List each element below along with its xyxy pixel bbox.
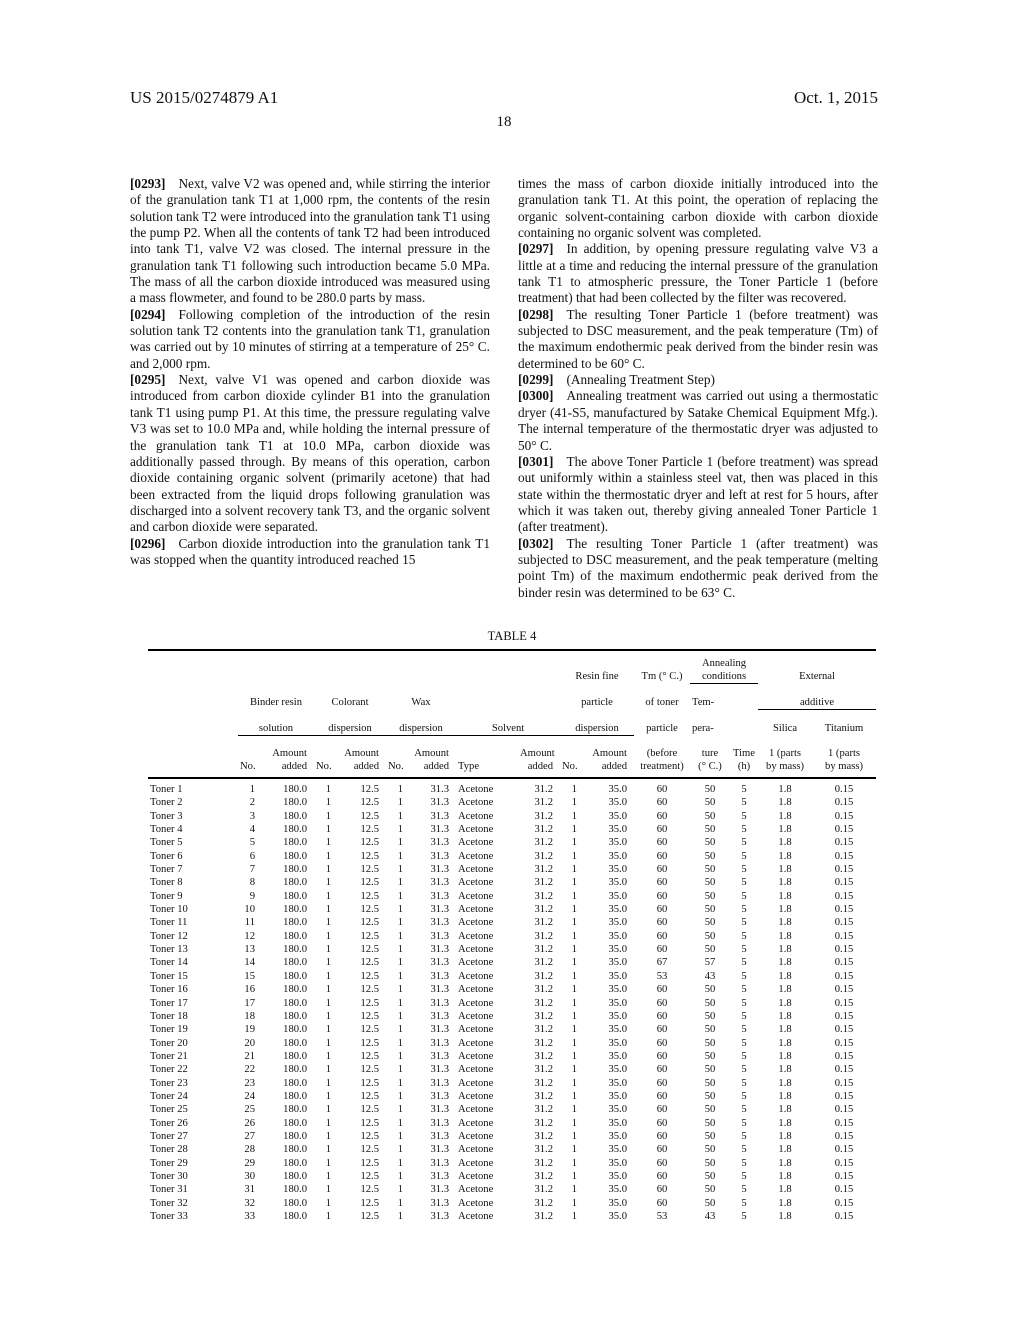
table-cell: 1 — [386, 1010, 410, 1023]
table-cell: 5 — [730, 1037, 758, 1050]
table-cell: 12.5 — [338, 970, 386, 983]
table-cell: 0.15 — [812, 876, 876, 889]
table-cell: 1 — [314, 876, 338, 889]
table-cell: 43 — [690, 970, 730, 983]
table-cell: 0.15 — [812, 983, 876, 996]
table-cell: 60 — [634, 1130, 690, 1143]
table-cell: 31.2 — [518, 1130, 560, 1143]
table-cell: 5 — [730, 1170, 758, 1183]
paragraph-number: [0301] — [518, 454, 553, 469]
table-cell: Acetone — [456, 997, 518, 1010]
table-cell: Toner 21 — [148, 1050, 238, 1063]
table-cell: 60 — [634, 1010, 690, 1023]
column-header: No. — [560, 736, 584, 779]
table-cell: 1 — [560, 1063, 584, 1076]
table-row: Toner 1414180.0112.5131.3Acetone31.2135.… — [148, 956, 876, 969]
table-cell: 31.2 — [518, 1023, 560, 1036]
table-cell: 60 — [634, 778, 690, 796]
table-cell: 1.8 — [758, 1117, 812, 1130]
table-row: Toner 44180.0112.5131.3Acetone31.2135.06… — [148, 823, 876, 836]
table-cell: 1 — [386, 778, 410, 796]
table-row: Toner 22180.0112.5131.3Acetone31.2135.06… — [148, 796, 876, 809]
table-cell: Acetone — [456, 1143, 518, 1156]
table-cell: 1 — [386, 970, 410, 983]
column-header: 1 (partsby mass) — [758, 736, 812, 779]
page-header: US 2015/0274879 A1 Oct. 1, 2015 — [130, 88, 878, 108]
right-column: times the mass of carbon dioxide initial… — [518, 176, 878, 601]
table-cell: 31.2 — [518, 863, 560, 876]
table-cell: 57 — [690, 956, 730, 969]
table-cell: 35.0 — [584, 836, 634, 849]
table-cell: 12.5 — [338, 1197, 386, 1210]
table-cell: 5 — [730, 1183, 758, 1196]
table-cell: 0.15 — [812, 1023, 876, 1036]
table-cell: 31.2 — [518, 1050, 560, 1063]
table-cell: 1 — [386, 997, 410, 1010]
table-row: Toner 77180.0112.5131.3Acetone31.2135.06… — [148, 863, 876, 876]
column-header: Type — [456, 736, 518, 779]
table-cell: 5 — [730, 1103, 758, 1116]
table-cell: Toner 9 — [148, 890, 238, 903]
table-cell: 12.5 — [338, 930, 386, 943]
table-cell: 12.5 — [338, 943, 386, 956]
table-cell: 180.0 — [262, 1117, 314, 1130]
table-cell: 0.15 — [812, 1010, 876, 1023]
table-cell: 1.8 — [758, 1170, 812, 1183]
table-cell: 12.5 — [338, 983, 386, 996]
table-cell: 1 — [314, 796, 338, 809]
table-cell: 31.3 — [410, 930, 456, 943]
table-cell: 1 — [386, 1117, 410, 1130]
table-cell: 5 — [730, 876, 758, 889]
table-row: Toner 2121180.0112.5131.3Acetone31.2135.… — [148, 1050, 876, 1063]
table-cell: 12.5 — [338, 1143, 386, 1156]
table-cell: Toner 13 — [148, 943, 238, 956]
table-row: Toner 1717180.0112.5131.3Acetone31.2135.… — [148, 997, 876, 1010]
table-cell: 1.8 — [758, 1063, 812, 1076]
table-cell: 0.15 — [812, 1103, 876, 1116]
table-cell: 28 — [238, 1143, 262, 1156]
table-cell: 31.2 — [518, 1010, 560, 1023]
table-cell: 1 — [560, 956, 584, 969]
table-cell: 1.8 — [758, 970, 812, 983]
table-cell: 0.15 — [812, 903, 876, 916]
table-cell: 1.8 — [758, 903, 812, 916]
table-cell: 180.0 — [262, 1090, 314, 1103]
table-cell: 1 — [386, 1197, 410, 1210]
column-header — [456, 650, 560, 671]
paragraph-number: [0299] — [518, 372, 553, 387]
table-row: Toner 2929180.0112.5131.3Acetone31.2135.… — [148, 1157, 876, 1170]
table-cell: 5 — [730, 1143, 758, 1156]
table-cell: 5 — [730, 1010, 758, 1023]
table-cell: Toner 29 — [148, 1157, 238, 1170]
column-header: No. — [238, 736, 262, 779]
table-cell: 35.0 — [584, 1130, 634, 1143]
column-header — [634, 650, 690, 671]
table-cell: 1 — [386, 850, 410, 863]
column-header: of toner — [634, 684, 690, 710]
column-header: Time(h) — [730, 736, 758, 779]
table-row: Toner 11180.0112.5131.3Acetone31.2135.06… — [148, 778, 876, 796]
table-cell: 1 — [560, 1077, 584, 1090]
table-cell: 31.3 — [410, 850, 456, 863]
table-cell: 31.3 — [410, 890, 456, 903]
column-header: No. — [386, 736, 410, 779]
table-cell: 50 — [690, 810, 730, 823]
table-cell: 20 — [238, 1037, 262, 1050]
table-cell: Toner 25 — [148, 1103, 238, 1116]
table-cell: 1 — [314, 903, 338, 916]
table-cell: 50 — [690, 876, 730, 889]
table-cell: 43 — [690, 1210, 730, 1223]
table-cell: 50 — [690, 823, 730, 836]
table-cell: 0.15 — [812, 1197, 876, 1210]
table-cell: 180.0 — [262, 1130, 314, 1143]
table-cell: 1 — [314, 970, 338, 983]
table-cell: 180.0 — [262, 1210, 314, 1223]
table-cell: 1 — [386, 863, 410, 876]
table-cell: 1 — [314, 1143, 338, 1156]
table-cell: 1 — [314, 1170, 338, 1183]
table-cell: 31.3 — [410, 1143, 456, 1156]
table-cell: 31.3 — [410, 1130, 456, 1143]
column-header: No. — [314, 736, 338, 779]
table-cell: 31.2 — [518, 1103, 560, 1116]
table-cell: Toner 1 — [148, 778, 238, 796]
table-cell: 24 — [238, 1090, 262, 1103]
table-cell: 60 — [634, 1077, 690, 1090]
table-header-row: Binder resinColorantWaxparticleof tonerT… — [148, 684, 876, 710]
table-row: Toner 2727180.0112.5131.3Acetone31.2135.… — [148, 1130, 876, 1143]
table-cell: 35.0 — [584, 1183, 634, 1196]
table-cell: 5 — [730, 1050, 758, 1063]
table-cell: 31.2 — [518, 997, 560, 1010]
table-cell: Acetone — [456, 863, 518, 876]
table-cell: 12 — [238, 930, 262, 943]
table-cell: 1 — [560, 823, 584, 836]
table-cell: 60 — [634, 836, 690, 849]
table-cell: 1 — [560, 1090, 584, 1103]
table-cell: Acetone — [456, 943, 518, 956]
table-cell: 0.15 — [812, 930, 876, 943]
table-cell: 60 — [634, 1063, 690, 1076]
table-cell: 1 — [560, 1037, 584, 1050]
table-cell: 50 — [690, 778, 730, 796]
column-header: Amountadded — [518, 736, 560, 779]
table-cell: 5 — [730, 778, 758, 796]
column-header: Amountadded — [584, 736, 634, 779]
paragraph-text: In addition, by opening pressure regulat… — [518, 241, 878, 305]
table-cell: 1 — [386, 1090, 410, 1103]
column-header — [238, 671, 314, 684]
table-cell: 5 — [730, 1090, 758, 1103]
table4-section: TABLE 4 AnnealingResin fineTm (° C.)cond… — [148, 629, 876, 1223]
table-cell: 1.8 — [758, 1077, 812, 1090]
table-header-row: No.AmountaddedNo.AmountaddedNo.Amountadd… — [148, 736, 876, 779]
column-header: (beforetreatment) — [634, 736, 690, 779]
table-cell: 0.15 — [812, 997, 876, 1010]
table-cell: 180.0 — [262, 943, 314, 956]
table-cell: 5 — [730, 810, 758, 823]
table-cell: 12.5 — [338, 1050, 386, 1063]
table-cell: 60 — [634, 1183, 690, 1196]
table-row: Toner 1919180.0112.5131.3Acetone31.2135.… — [148, 1023, 876, 1036]
table-cell: 180.0 — [262, 778, 314, 796]
table-cell: 60 — [634, 1170, 690, 1183]
column-header: conditions — [690, 671, 758, 684]
table-cell: 5 — [730, 850, 758, 863]
table-cell: 50 — [690, 1037, 730, 1050]
table-header-row: Resin fineTm (° C.)conditionsExternal — [148, 671, 876, 684]
table-cell: 0.15 — [812, 823, 876, 836]
table-cell: 1 — [314, 1037, 338, 1050]
table-cell: 35.0 — [584, 916, 634, 929]
table-row: Toner 1313180.0112.5131.3Acetone31.2135.… — [148, 943, 876, 956]
table-cell: 180.0 — [262, 1037, 314, 1050]
table-cell: 1 — [314, 1103, 338, 1116]
table-cell: 1 — [560, 1210, 584, 1223]
table-cell: Acetone — [456, 903, 518, 916]
table-cell: 35.0 — [584, 890, 634, 903]
table-header-row: solutiondispersiondispersionSolventdispe… — [148, 710, 876, 736]
table-cell: 1 — [560, 1023, 584, 1036]
paragraph-text: Annealing treatment was carried out usin… — [518, 388, 878, 452]
table-cell: 12.5 — [338, 796, 386, 809]
table-cell: Acetone — [456, 970, 518, 983]
table-cell: 0.15 — [812, 850, 876, 863]
paragraph-number: [0297] — [518, 241, 553, 256]
table-cell: 180.0 — [262, 916, 314, 929]
table-cell: 5 — [238, 836, 262, 849]
table-cell: 180.0 — [262, 1063, 314, 1076]
table-cell: 31.3 — [410, 863, 456, 876]
table-cell: Acetone — [456, 1077, 518, 1090]
table-cell: 60 — [634, 890, 690, 903]
table-cell: 1 — [386, 1037, 410, 1050]
table-cell: 180.0 — [262, 823, 314, 836]
body-columns: [0293]Next, valve V2 was opened and, whi… — [130, 176, 878, 601]
table-cell: 35.0 — [584, 778, 634, 796]
paragraph-text: The resulting Toner Particle 1 (before t… — [518, 307, 878, 371]
table-cell: 60 — [634, 850, 690, 863]
table-cell: 10 — [238, 903, 262, 916]
table-cell: 0.15 — [812, 863, 876, 876]
table-cell: 35.0 — [584, 1170, 634, 1183]
table-cell: Acetone — [456, 1210, 518, 1223]
table-cell: 5 — [730, 796, 758, 809]
table-cell: 1.8 — [758, 997, 812, 1010]
table-cell: 29 — [238, 1157, 262, 1170]
table-cell: Toner 3 — [148, 810, 238, 823]
table-cell: 31.3 — [410, 1197, 456, 1210]
table-cell: 1 — [314, 836, 338, 849]
table-cell: 31.3 — [410, 1037, 456, 1050]
table-cell: Toner 6 — [148, 850, 238, 863]
table-cell: 50 — [690, 916, 730, 929]
table-cell: 1 — [560, 1117, 584, 1130]
table-cell: 12.5 — [338, 1037, 386, 1050]
column-header: Resin fine — [560, 671, 634, 684]
table-cell: Acetone — [456, 916, 518, 929]
table-cell: 0.15 — [812, 778, 876, 796]
table-cell: 0.15 — [812, 1130, 876, 1143]
column-header: 1 (partsby mass) — [812, 736, 876, 779]
table-cell: Toner 18 — [148, 1010, 238, 1023]
table-cell: 5 — [730, 983, 758, 996]
table-cell: 60 — [634, 1103, 690, 1116]
table-cell: 1 — [314, 850, 338, 863]
paragraph: [0296]Carbon dioxide introduction into t… — [130, 536, 490, 569]
table-cell: 1 — [386, 796, 410, 809]
table-cell: Acetone — [456, 876, 518, 889]
column-header — [730, 710, 758, 736]
table-cell: 1.8 — [758, 1130, 812, 1143]
table-cell: 12.5 — [338, 836, 386, 849]
table-cell: 180.0 — [262, 1183, 314, 1196]
table-cell: Toner 27 — [148, 1130, 238, 1143]
table-cell: 12.5 — [338, 1183, 386, 1196]
table-row: Toner 2020180.0112.5131.3Acetone31.2135.… — [148, 1037, 876, 1050]
table-row: Toner 3030180.0112.5131.3Acetone31.2135.… — [148, 1170, 876, 1183]
table-cell: 180.0 — [262, 1050, 314, 1063]
table-cell: 1.8 — [758, 983, 812, 996]
table-cell: 1 — [386, 1103, 410, 1116]
table-cell: Acetone — [456, 1090, 518, 1103]
paragraph-number: [0296] — [130, 536, 165, 551]
table-cell: 12.5 — [338, 1157, 386, 1170]
table-cell: 1 — [560, 916, 584, 929]
table-cell: 1 — [560, 876, 584, 889]
table-cell: 1 — [314, 1130, 338, 1143]
column-header: Amountadded — [410, 736, 456, 779]
table-cell: 60 — [634, 863, 690, 876]
table-cell: 50 — [690, 1090, 730, 1103]
table-cell: 31.3 — [410, 903, 456, 916]
table-cell: 50 — [690, 890, 730, 903]
paragraph-text: The resulting Toner Particle 1 (after tr… — [518, 536, 878, 600]
table-cell: 1 — [386, 983, 410, 996]
table-cell: 35.0 — [584, 1050, 634, 1063]
table-cell: 1.8 — [758, 1183, 812, 1196]
table-cell: 1 — [314, 1050, 338, 1063]
table-cell: 12.5 — [338, 1010, 386, 1023]
table-cell: Toner 20 — [148, 1037, 238, 1050]
column-header: particle — [560, 684, 634, 710]
column-header: pera- — [690, 710, 730, 736]
table-cell: Acetone — [456, 810, 518, 823]
column-header — [560, 650, 634, 671]
table-cell: 5 — [730, 903, 758, 916]
table-cell: Acetone — [456, 1037, 518, 1050]
table-cell: 60 — [634, 796, 690, 809]
table-cell: 1 — [560, 1103, 584, 1116]
table-cell: 60 — [634, 903, 690, 916]
table-cell: 180.0 — [262, 1157, 314, 1170]
table-cell: 1 — [386, 1077, 410, 1090]
table-cell: 53 — [634, 970, 690, 983]
paragraph: [0295]Next, valve V1 was opened and carb… — [130, 372, 490, 535]
table-cell: 35.0 — [584, 850, 634, 863]
table-row: Toner 88180.0112.5131.3Acetone31.2135.06… — [148, 876, 876, 889]
table-cell: 12.5 — [338, 997, 386, 1010]
table-cell: 1 — [314, 1010, 338, 1023]
table-header: AnnealingResin fineTm (° C.)conditionsEx… — [148, 650, 876, 778]
paragraph-text: The above Toner Particle 1 (before treat… — [518, 454, 878, 534]
table-cell: Toner 31 — [148, 1183, 238, 1196]
table-cell: 0.15 — [812, 1077, 876, 1090]
table-cell: 180.0 — [262, 1010, 314, 1023]
table-cell: 1 — [314, 863, 338, 876]
table-cell: Acetone — [456, 1183, 518, 1196]
table-cell: 25 — [238, 1103, 262, 1116]
table-cell: 180.0 — [262, 850, 314, 863]
table-cell: Toner 7 — [148, 863, 238, 876]
table-cell: 31.3 — [410, 983, 456, 996]
table-cell: 33 — [238, 1210, 262, 1223]
column-header: Solvent — [456, 710, 560, 736]
table-cell: 12.5 — [338, 956, 386, 969]
table-cell: 35.0 — [584, 903, 634, 916]
table-cell: 1 — [560, 863, 584, 876]
table-cell: 180.0 — [262, 836, 314, 849]
column-header: Titanium — [812, 710, 876, 736]
table-cell: 50 — [690, 930, 730, 943]
table-cell: 30 — [238, 1170, 262, 1183]
table-cell: Toner 2 — [148, 796, 238, 809]
column-header: Amountadded — [338, 736, 386, 779]
table-cell: 5 — [730, 930, 758, 943]
table-cell: 1 — [314, 890, 338, 903]
table-cell: 0.15 — [812, 956, 876, 969]
table-cell: 180.0 — [262, 983, 314, 996]
column-header: Tem- — [690, 684, 730, 710]
table-cell: 31.2 — [518, 983, 560, 996]
table-cell: 1 — [314, 956, 338, 969]
table-cell: 12.5 — [338, 1090, 386, 1103]
paragraph: [0299](Annealing Treatment Step) — [518, 372, 878, 388]
table-cell: 12.5 — [338, 876, 386, 889]
table-cell: 1.8 — [758, 1143, 812, 1156]
table-cell: 1 — [560, 943, 584, 956]
table-cell: 31 — [238, 1183, 262, 1196]
table-cell: 31.3 — [410, 1063, 456, 1076]
table-cell: Toner 10 — [148, 903, 238, 916]
paragraph: [0297]In addition, by opening pressure r… — [518, 241, 878, 306]
table-cell: Acetone — [456, 823, 518, 836]
paragraph-text: Carbon dioxide introduction into the gra… — [130, 536, 490, 567]
table-cell: 0.15 — [812, 1063, 876, 1076]
table-cell: Acetone — [456, 1050, 518, 1063]
table-cell: 50 — [690, 863, 730, 876]
table-cell: 13 — [238, 943, 262, 956]
paragraph-number: [0293] — [130, 176, 165, 191]
table-cell: 31.2 — [518, 1037, 560, 1050]
table-cell: 31.3 — [410, 778, 456, 796]
table-cell: 2 — [238, 796, 262, 809]
table-row: Toner 2626180.0112.5131.3Acetone31.2135.… — [148, 1117, 876, 1130]
table-cell: 1 — [314, 823, 338, 836]
table-cell: 1 — [386, 1050, 410, 1063]
table-cell: 31.3 — [410, 823, 456, 836]
paragraph-number: [0298] — [518, 307, 553, 322]
table4: AnnealingResin fineTm (° C.)conditionsEx… — [148, 649, 876, 1223]
table-cell: 60 — [634, 930, 690, 943]
table-cell: Acetone — [456, 1103, 518, 1116]
table-cell: 18 — [238, 1010, 262, 1023]
table-cell: Acetone — [456, 1130, 518, 1143]
table-cell: 1 — [386, 810, 410, 823]
